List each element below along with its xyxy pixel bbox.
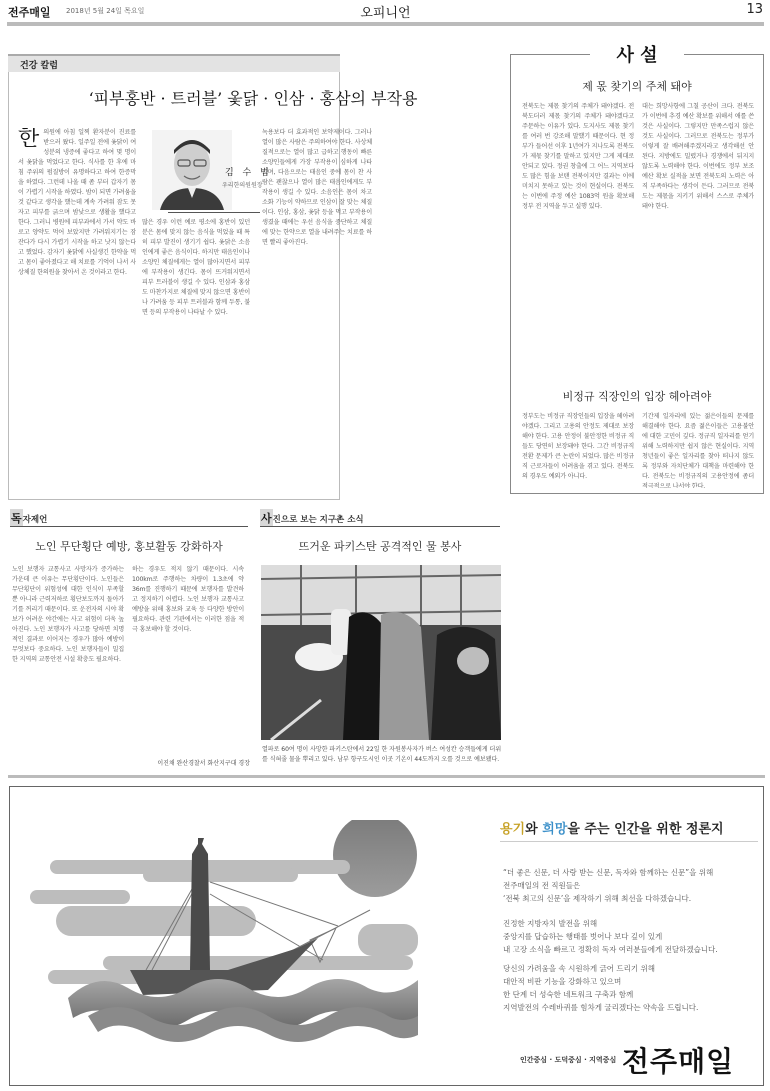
bus-passengers-photo-icon — [261, 565, 501, 740]
health-column-title: ‘피부홍반 · 트러블’ 옻닭 · 인삼 · 홍삼의 부작용 — [8, 86, 498, 109]
author-portrait-icon — [152, 130, 232, 210]
issue-date: 2018년 5월 24일 목요일 — [66, 6, 144, 16]
article-text: 하는 경우도 적지 않기 때문이다. 시속 100km로 주행하는 차량이 1.… — [132, 565, 244, 635]
photo-news-header: 사진으로 보는 지구촌 소식 — [260, 507, 500, 527]
ad-line: 한 단계 더 성숙한 네트워크 구축과 함께 — [503, 988, 698, 1001]
health-column-label: 건강 칼럼 — [20, 58, 58, 71]
ad-headline: 용기와 희망을 주는 인간을 위한 정론지 — [500, 818, 724, 837]
ad-headline-hope: 희망 — [542, 822, 567, 837]
dropcap: 한 — [18, 128, 39, 150]
photo-caption: 열파로 60여 명이 사망한 파키스탄에서 22일 한 자원봉사자가 버스 여성… — [262, 745, 502, 765]
editorial-2-col2: 기간제 일자리에 있는 젊은이들의 문제를 해결해야 한다. 요즘 젊은이들은 … — [642, 412, 754, 488]
ad-line: 전주매일의 전 직원들은 — [503, 879, 713, 892]
photo-news-image — [261, 565, 501, 740]
ad-headline-rest: 을 주는 인간을 위한 정론지 — [567, 822, 723, 837]
photo-news-title: 뜨거운 파키스탄 공격적인 물 봉사 — [260, 538, 500, 554]
ad-paragraph-3: 당신의 가려움을 속 시원하게 긁어 드리기 위해 대안적 비판 기능을 강화하… — [503, 962, 698, 1014]
ad-slogan: 인간중심 · 도덕중심 · 지역중심 — [520, 1055, 616, 1065]
ad-headline-connector: 와 — [525, 822, 542, 837]
ad-line: ‘전북 최고의 신문’을 제작하기 위해 최선을 다하겠습니다. — [503, 892, 713, 905]
reader-column-col2: 하는 경우도 적지 않기 때문이다. 시속 100km로 주행하는 차량이 1.… — [132, 565, 244, 755]
ad-line: 내 고장 소식을 빠르고 정확히 독자 여러분들에게 전달하겠습니다. — [503, 943, 718, 956]
pen-ship-icon — [18, 820, 418, 1050]
paper-name: 전주매일 — [8, 4, 51, 20]
editorial-label: 사 설 — [590, 41, 684, 67]
reader-signature: 이진채 완산경찰서 화산지구대 경장 — [132, 758, 250, 767]
newspaper-logo: 전주매일 — [622, 1040, 734, 1080]
article-text: 많은 경우 이런 예로 평소에 홍반이 있던 분은 몸에 맞지 않는 음식을 먹… — [142, 218, 250, 318]
article-text: 정부도는 비정규 직장인들의 입장을 헤아려야겠다. 그리고 고용의 안정도 제… — [522, 412, 634, 482]
reader-column-label: 자제언 — [23, 515, 48, 525]
ad-line: 진정한 지방자치 발전을 위해 — [503, 917, 718, 930]
masthead-rule — [7, 22, 764, 26]
editorial-2-col1: 정부도는 비정규 직장인들의 입장을 헤아려야겠다. 그리고 고용의 안정도 제… — [522, 412, 634, 488]
health-column-col2: 많은 경우 이런 예로 평소에 홍반이 있던 분은 몸에 맞지 않는 음식을 먹… — [142, 218, 250, 488]
ad-headline-courage: 용기 — [500, 822, 525, 837]
author-organization: 우리한의원원장 — [222, 180, 263, 189]
section-divider — [8, 775, 765, 778]
article-text: 기간제 일자리에 있는 젊은이들의 문제를 해결해야 한다. 요즘 젊은이들은 … — [642, 412, 754, 488]
editorial-title-2: 비정규 직장인의 입장 헤아려야 — [510, 388, 764, 404]
ad-line: 중앙지를 답습하는 행태를 벗어나 보다 깊이 있게 — [503, 930, 718, 943]
health-column-col3: 녹용보다 더 효과적인 보약제이다. 그러나 열이 많은 사람은 주의하여야 한… — [262, 128, 372, 488]
ad-rule — [500, 841, 758, 842]
reader-column-col1: 노인 보행자 교통사고 사망자가 증가하는 가운데 큰 이유는 무단횡단이다. … — [12, 565, 124, 765]
health-column-header: 건강 칼럼 — [8, 54, 340, 72]
reader-column-label-highlight: 독 — [10, 509, 23, 526]
page-number: 13 — [746, 2, 763, 17]
ad-paragraph-2: 진정한 지방자치 발전을 위해 중앙지를 답습하는 행태를 벗어나 보다 깊이 … — [503, 917, 718, 956]
reader-column-header: 독자제언 — [10, 507, 248, 527]
reader-column-title: 노인 무단횡단 예방, 홍보활동 강화하자 — [10, 538, 248, 554]
editorial-1-col2: 대는 희망사항에 그칠 공산이 크다. 전북도가 이번에 추경 예산 확보를 위… — [642, 102, 754, 380]
ad-line: 당신의 가려움을 속 시원하게 긁어 드리기 위해 — [503, 962, 698, 975]
ad-line: “더 좋은 신문, 더 사랑 받는 신문, 독자와 함께하는 신문”을 위해 — [503, 866, 713, 879]
ship-illustration — [18, 820, 418, 1080]
ad-line: 지역발전의 수레바퀴를 힘차게 굴리겠다는 약속을 드립니다. — [503, 1001, 698, 1014]
photo-news-label-highlight: 사 — [260, 509, 273, 526]
health-column-col1: 한 의원에 아침 일찍 환자분이 진료를 받으러 왔다. 일주일 전에 옻닭이 … — [18, 128, 136, 488]
author-photo — [152, 130, 232, 210]
editorial-title-1: 제 몫 찾기의 주체 돼야 — [510, 78, 764, 94]
section-title: 오피니언 — [248, 2, 523, 21]
article-text: 대는 희망사항에 그칠 공산이 크다. 전북도가 이번에 추경 예산 확보를 위… — [642, 102, 754, 212]
ad-paragraph-1: “더 좋은 신문, 더 사랑 받는 신문, 독자와 함께하는 신문”을 위해 전… — [503, 866, 713, 905]
author-rule — [168, 212, 260, 213]
article-text: 노인 보행자 교통사고 사망자가 증가하는 가운데 큰 이유는 무단횡단이다. … — [12, 565, 124, 665]
article-text: 녹용보다 더 효과적인 보약제이다. 그러나 열이 많은 사람은 주의하여야 한… — [262, 128, 372, 248]
masthead: 전주매일 2018년 5월 24일 목요일 오피니언 13 — [8, 0, 763, 22]
ad-line: 대안적 비판 기능을 강화하고 있으며 — [503, 975, 698, 988]
editorial-1-col1: 전북도는 제몫 찾기의 주체가 돼야겠다. 전북도더러 제몫 찾기의 주체가 돼… — [522, 102, 634, 380]
photo-news-label: 진으로 보는 지구촌 소식 — [273, 515, 364, 525]
article-text: 전북도는 제몫 찾기의 주체가 돼야겠다. 전북도더러 제몫 찾기의 주체가 돼… — [522, 102, 634, 212]
